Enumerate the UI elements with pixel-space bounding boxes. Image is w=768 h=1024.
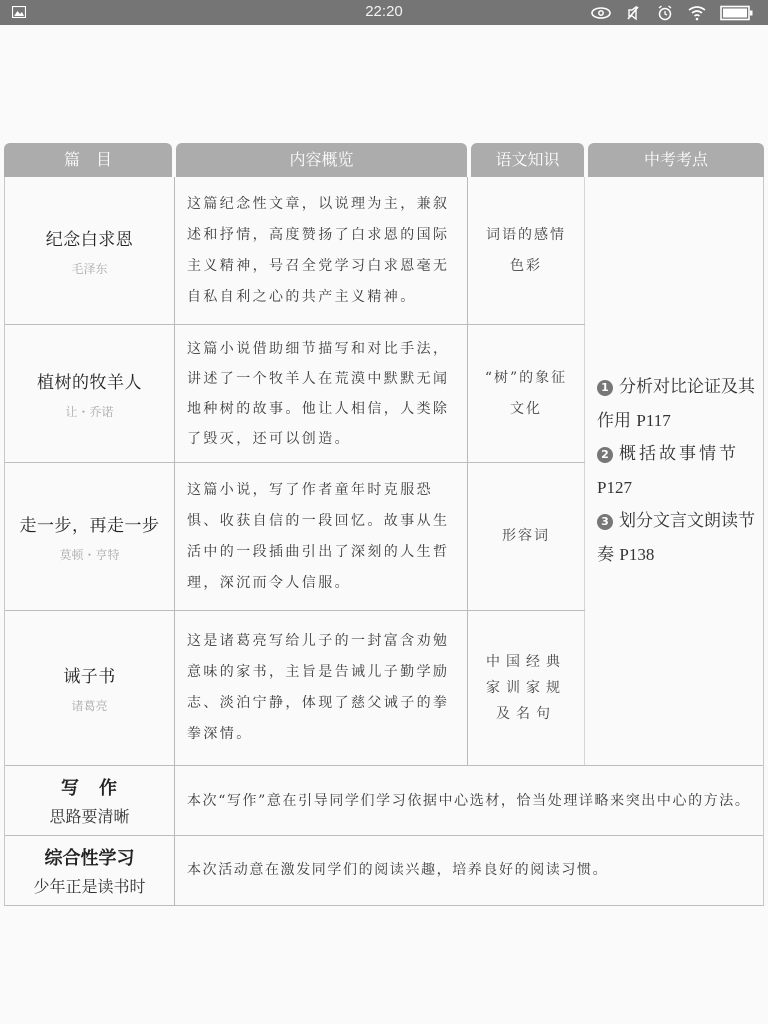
exam-point-text: 分析对比论证及其作用 — [597, 377, 755, 431]
knowledge-text: 中国经典家训家规及名句 — [468, 649, 584, 727]
lesson-title: 植树的牧羊人 — [37, 368, 142, 393]
lesson-title: 诫子书 — [63, 662, 116, 687]
status-bar: 22:20 — [0, 0, 768, 25]
battery-icon — [720, 5, 754, 21]
lesson-author: 毛泽东 — [71, 260, 107, 277]
number-3-icon: 3 — [597, 514, 613, 530]
table-row: 走一步，再走一步 莫顿・亨特 这篇小说，写了作者童年时克服恐惧、收获自信的一段回… — [5, 463, 585, 611]
comprehensive-subtitle: 少年正是读书时 — [5, 874, 174, 897]
knowledge-text: 形容词 — [490, 521, 562, 552]
exam-point-item: 3划分文言文朗读节奏 P138 — [597, 505, 763, 572]
content-summary: 这是诸葛亮写给儿子的一封富含劝勉意味的家书，主旨是告诫儿子勤学励志、淡泊宁静，体… — [187, 626, 457, 750]
table-row: 纪念白求恩 毛泽东 这篇纪念性文章，以说理为主，兼叙述和抒情，高度赞扬了白求恩的… — [5, 177, 585, 325]
header-title: 篇 目 — [4, 143, 172, 177]
writing-content-cell: 本次“写作”意在引导同学们学习依据中心选材，恰当处理详略来突出中心的方法。 — [175, 766, 763, 835]
comprehensive-title-cell: 综合性学习 少年正是读书时 — [5, 836, 175, 905]
lesson-author: 诸葛亮 — [71, 697, 107, 714]
table-row: 诫子书 诸葛亮 这是诸葛亮写给儿子的一封富含劝勉意味的家书，主旨是告诫儿子勤学励… — [5, 611, 585, 766]
content-summary: 这篇纪念性文章，以说理为主，兼叙述和抒情，高度赞扬了白求恩的国际主义精神，号召全… — [187, 189, 457, 313]
header-content: 内容概览 — [176, 143, 467, 177]
title-cell: 植树的牧羊人 让・乔诺 — [5, 325, 175, 462]
page-reference: P138 — [619, 545, 654, 564]
exam-points-list: 1分析对比论证及其作用 P117 2概括故事情节 P127 3划分文言文朗读节奏… — [597, 371, 763, 572]
exam-point-text: 概括故事情节 — [619, 444, 739, 464]
writing-content: 本次“写作”意在引导同学们学习依据中心选材，恰当处理详略来突出中心的方法。 — [187, 786, 751, 816]
page-reference: P117 — [636, 411, 670, 430]
writing-row: 写 作 思路要清晰 本次“写作”意在引导同学们学习依据中心选材，恰当处理详略来突… — [5, 766, 763, 836]
number-2-icon: 2 — [597, 447, 613, 463]
title-cell: 纪念白求恩 毛泽东 — [5, 177, 175, 324]
knowledge-cell: 词语的感情色彩 — [468, 177, 585, 324]
table-header: 篇 目 内容概览 语文知识 中考考点 — [4, 143, 764, 177]
content-cell: 这篇小说借助细节描写和对比手法，讲述了一个牧羊人在荒漠中默默无闻地种树的故事。他… — [175, 325, 468, 462]
exam-point-item: 1分析对比论证及其作用 P117 — [597, 371, 763, 438]
eye-icon — [590, 5, 612, 21]
page-reference: P127 — [597, 478, 632, 497]
lesson-author: 让・乔诺 — [65, 403, 113, 420]
comprehensive-content: 本次活动意在激发同学们的阅读兴趣，培养良好的阅读习惯。 — [187, 855, 608, 886]
wifi-icon — [686, 5, 708, 21]
study-guide-table: 篇 目 内容概览 语文知识 中考考点 纪念白求恩 毛泽东 这篇纪念性文章，以说理… — [4, 143, 764, 906]
lesson-title: 纪念白求恩 — [46, 225, 134, 250]
lesson-title: 走一步，再走一步 — [20, 511, 160, 536]
exam-points-cell: 1分析对比论证及其作用 P117 2概括故事情节 P127 3划分文言文朗读节奏… — [585, 177, 763, 766]
comprehensive-title: 综合性学习 — [5, 844, 174, 870]
content-summary: 这篇小说借助细节描写和对比手法，讲述了一个牧羊人在荒漠中默默无闻地种树的故事。他… — [187, 334, 457, 454]
content-summary: 这篇小说，写了作者童年时克服恐惧、收获自信的一段回忆。故事从生活中的一段插曲引出… — [187, 475, 457, 599]
content-cell: 这是诸葛亮写给儿子的一封富含劝勉意味的家书，主旨是告诫儿子勤学励志、淡泊宁静，体… — [175, 611, 468, 765]
knowledge-text: “树”的象征文化 — [468, 363, 584, 425]
content-cell: 这篇小说，写了作者童年时克服恐惧、收获自信的一段回忆。故事从生活中的一段插曲引出… — [175, 463, 468, 610]
knowledge-cell: “树”的象征文化 — [468, 325, 585, 462]
writing-title-cell: 写 作 思路要清晰 — [5, 766, 175, 835]
title-cell: 走一步，再走一步 莫顿・亨特 — [5, 463, 175, 610]
exam-point-item: 2概括故事情节 P127 — [597, 438, 763, 505]
table-body: 纪念白求恩 毛泽东 这篇纪念性文章，以说理为主，兼叙述和抒情，高度赞扬了白求恩的… — [4, 177, 764, 906]
header-exam-points: 中考考点 — [588, 143, 764, 177]
title-cell: 诫子书 诸葛亮 — [5, 611, 175, 765]
comprehensive-row: 综合性学习 少年正是读书时 本次活动意在激发同学们的阅读兴趣，培养良好的阅读习惯… — [5, 836, 763, 906]
number-1-icon: 1 — [597, 380, 613, 396]
content-cell: 这篇纪念性文章，以说理为主，兼叙述和抒情，高度赞扬了白求恩的国际主义精神，号召全… — [175, 177, 468, 324]
comprehensive-content-cell: 本次活动意在激发同学们的阅读兴趣，培养良好的阅读习惯。 — [175, 836, 763, 905]
table-row: 植树的牧羊人 让・乔诺 这篇小说借助细节描写和对比手法，讲述了一个牧羊人在荒漠中… — [5, 325, 585, 463]
header-knowledge: 语文知识 — [471, 143, 584, 177]
lesson-author: 莫顿・亨特 — [59, 546, 119, 563]
knowledge-text: 词语的感情色彩 — [468, 220, 584, 282]
knowledge-cell: 形容词 — [468, 463, 585, 610]
alarm-icon — [654, 5, 676, 21]
mute-icon — [622, 5, 644, 21]
writing-title: 写 作 — [5, 774, 174, 800]
writing-subtitle: 思路要清晰 — [5, 804, 174, 827]
knowledge-cell: 中国经典家训家规及名句 — [468, 611, 585, 765]
